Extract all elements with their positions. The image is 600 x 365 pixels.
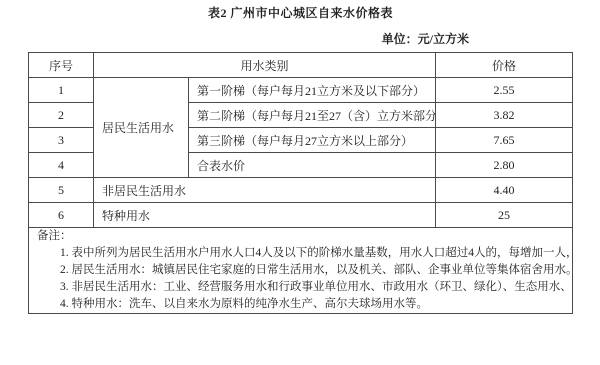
row-number-cell: 3	[29, 128, 94, 153]
note-item: 4. 特种用水：洗车、以自来水为原料的纯净水生产、高尔夫球场用水等。	[37, 296, 564, 313]
category-cell: 非居民生活用水	[94, 178, 436, 203]
price-cell: 2.80	[436, 153, 573, 178]
subcategory-cell: 合表水价	[189, 153, 436, 178]
subcategory-cell: 第一阶梯（每户每月21立方米及以下部分）	[189, 78, 436, 103]
table-row: 5 非居民生活用水 4.40	[29, 178, 573, 203]
category-merged-cell: 居民生活用水	[94, 78, 189, 178]
subcategory-cell: 第三阶梯（每户每月27立方米以上部分）	[189, 128, 436, 153]
price-cell: 2.55	[436, 78, 573, 103]
unit-label: 单位：元/立方米	[28, 21, 573, 52]
row-number-cell: 5	[29, 178, 94, 203]
price-cell: 4.40	[436, 178, 573, 203]
col-header-no: 序号	[29, 53, 94, 78]
subcategory-cell: 第二阶梯（每户每月21至27（含）立方米部分）	[189, 103, 436, 128]
col-header-category: 用水类别	[94, 53, 436, 78]
category-cell: 特种用水	[94, 203, 436, 228]
note-item: 3. 非居民生活用水：工业、经营服务用水和行政事业单位用水、市政用水（环卫、绿化…	[37, 279, 564, 296]
note-item: 2. 居民生活用水：城镇居民住宅家庭的日常生活用水，以及机关、部队、企事业单位等…	[37, 262, 564, 279]
notes-row: 备注： 1. 表中所列为居民生活用水户用水人口4人及以下的阶梯水量基数，用水人口…	[29, 228, 573, 314]
document-page: 表2 广州市中心城区自来水价格表 单位：元/立方米 序号 用水类别 价格 1 居…	[0, 0, 600, 314]
page-title: 表2 广州市中心城区自来水价格表	[28, 0, 573, 21]
row-number-cell: 2	[29, 103, 94, 128]
notes-section: 备注： 1. 表中所列为居民生活用水户用水人口4人及以下的阶梯水量基数，用水人口…	[29, 228, 573, 314]
price-cell: 3.82	[436, 103, 573, 128]
table-row: 1 居民生活用水 第一阶梯（每户每月21立方米及以下部分） 2.55	[29, 78, 573, 103]
table-header-row: 序号 用水类别 价格	[29, 53, 573, 78]
row-number-cell: 4	[29, 153, 94, 178]
row-number-cell: 1	[29, 78, 94, 103]
note-item: 1. 表中所列为居民生活用水户用水人口4人及以下的阶梯水量基数，用水人口超过4人…	[37, 245, 564, 262]
col-header-price: 价格	[436, 53, 573, 78]
row-number-cell: 6	[29, 203, 94, 228]
price-cell: 7.65	[436, 128, 573, 153]
table-row: 6 特种用水 25	[29, 203, 573, 228]
price-cell: 25	[436, 203, 573, 228]
notes-label: 备注：	[37, 228, 564, 245]
water-price-table: 序号 用水类别 价格 1 居民生活用水 第一阶梯（每户每月21立方米及以下部分）…	[28, 52, 573, 314]
